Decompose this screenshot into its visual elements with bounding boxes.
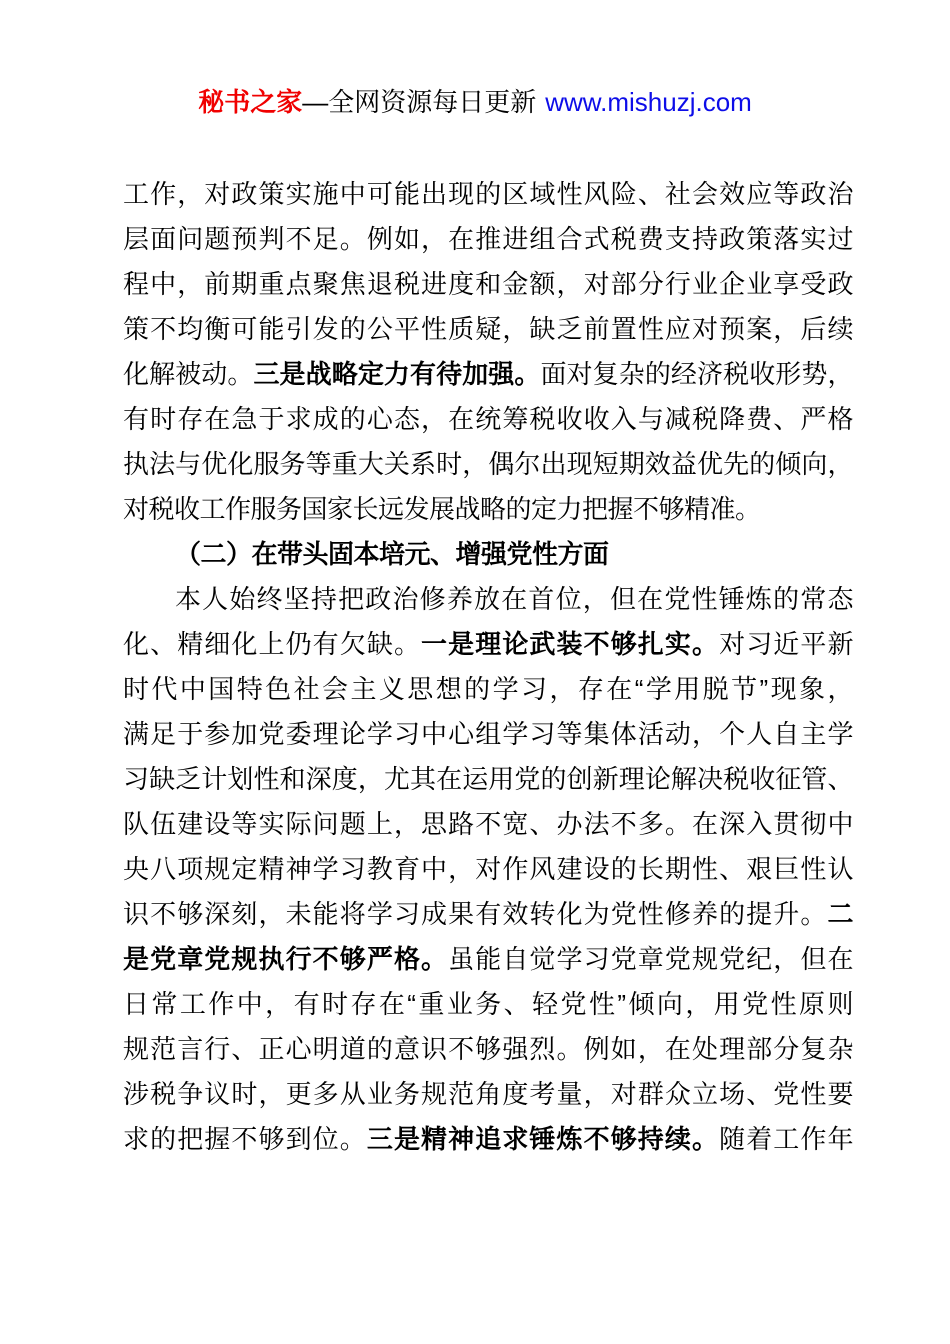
text-segment: 本人始终坚持把政治修养放在首位，但在党性锤炼的常态 (175, 584, 853, 614)
text-line: 央八项规定精神学习教育中，对作风建设的长期性、艰巨性认 (123, 847, 853, 892)
text-segment: 执法与优化服务等重大关系时，偶尔出现短期效益优先的倾向， (123, 449, 853, 479)
site-header: 秘书之家—全网资源每日更新www.mishuzj.com (0, 84, 950, 120)
text-segment: 对习近平新 (719, 629, 853, 659)
site-url-link[interactable]: www.mishuzj.com (545, 87, 752, 117)
text-line: 化、精细化上仍有欠缺。一是理论武装不够扎实。对习近平新 (123, 622, 853, 667)
section-heading: （二）在带头固本培元、增强党性方面 (123, 532, 853, 577)
text-segment: 涉税争议时，更多从业务规范角度考量，对群众立场、党性要 (123, 1079, 853, 1109)
text-segment: 化解被动。 (123, 359, 253, 389)
text-line: 满足于参加党委理论学习中心组学习等集体活动，个人自主学 (123, 712, 853, 757)
site-tagline: —全网资源每日更新 (302, 87, 536, 117)
text-line: 对税收工作服务国家长远发展战略的定力把握不够精准。 (123, 487, 853, 532)
text-segment: 求的把握不够到位。 (123, 1124, 367, 1154)
text-line: 执法与优化服务等重大关系时，偶尔出现短期效益优先的倾向， (123, 442, 853, 487)
text-line: 层面问题预判不足。例如，在推进组合式税费支持政策落实过 (123, 217, 853, 262)
bold-text-segment: 二 (827, 899, 853, 929)
text-segment: 时代中国特色社会主义思想的学习，存在“学用脱节”现象， (123, 674, 853, 704)
text-line: 有时存在急于求成的心态，在统筹税收收入与减税降费、严格 (123, 397, 853, 442)
text-line: 习缺乏计划性和深度，尤其在运用党的创新理论解决税收征管、 (123, 757, 853, 802)
text-segment: 规范言行、正心明道的意识不够强烈。例如，在处理部分复杂 (123, 1034, 853, 1064)
text-line: 工作，对政策实施中可能出现的区域性风险、社会效应等政治 (123, 172, 853, 217)
text-segment: 有时存在急于求成的心态，在统筹税收收入与减税降费、严格 (123, 404, 853, 434)
text-line: 识不够深刻，未能将学习成果有效转化为党性修养的提升。二 (123, 892, 853, 937)
text-segment: 化、精细化上仍有欠缺。 (123, 629, 421, 659)
text-segment: 对税收工作服务国家长远发展战略的定力把握不够精准。 (123, 494, 761, 524)
text-line: 规范言行、正心明道的意识不够强烈。例如，在处理部分复杂 (123, 1027, 853, 1072)
document-page: 秘书之家—全网资源每日更新www.mishuzj.com 工作，对政策实施中可能… (0, 0, 950, 1344)
text-segment: 队伍建设等实际问题上，思路不宽、办法不多。在深入贯彻中 (123, 809, 853, 839)
bold-text-segment: 三是战略定力有待加强。 (253, 359, 540, 389)
text-segment: 面对复杂的经济税收形势， (540, 359, 853, 389)
text-segment: 识不够深刻，未能将学习成果有效转化为党性修养的提升。 (123, 899, 827, 929)
text-segment: 日常工作中，有时存在“重业务、轻党性”倾向，用党性原则 (123, 989, 853, 1019)
text-line: 时代中国特色社会主义思想的学习，存在“学用脱节”现象， (123, 667, 853, 712)
text-line: 求的把握不够到位。三是精神追求锤炼不够持续。随着工作年 (123, 1117, 853, 1162)
text-segment: 习缺乏计划性和深度，尤其在运用党的创新理论解决税收征管、 (123, 764, 853, 794)
text-segment: 央八项规定精神学习教育中，对作风建设的长期性、艰巨性认 (123, 854, 853, 884)
text-line: 涉税争议时，更多从业务规范角度考量，对群众立场、党性要 (123, 1072, 853, 1117)
text-segment: 程中，前期重点聚焦退税进度和金额，对部分行业企业享受政 (123, 269, 853, 299)
text-line: 化解被动。三是战略定力有待加强。面对复杂的经济税收形势， (123, 352, 853, 397)
text-line: 本人始终坚持把政治修养放在首位，但在党性锤炼的常态 (123, 577, 853, 622)
text-line: 策不均衡可能引发的公平性质疑，缺乏前置性应对预案，后续 (123, 307, 853, 352)
text-segment: 随着工作年 (719, 1124, 853, 1154)
bold-text-segment: （二）在带头固本培元、增强党性方面 (175, 539, 609, 569)
site-name: 秘书之家 (198, 87, 302, 117)
text-line: 是党章党规执行不够严格。虽能自觉学习党章党规党纪，但在 (123, 937, 853, 982)
document-body: 工作，对政策实施中可能出现的区域性风险、社会效应等政治层面问题预判不足。例如，在… (123, 172, 853, 1162)
text-line: 队伍建设等实际问题上，思路不宽、办法不多。在深入贯彻中 (123, 802, 853, 847)
bold-text-segment: 三是精神追求锤炼不够持续。 (367, 1124, 719, 1154)
text-segment: 策不均衡可能引发的公平性质疑，缺乏前置性应对预案，后续 (123, 314, 853, 344)
bold-text-segment: 一是理论武装不够扎实。 (421, 629, 719, 659)
text-segment: 层面问题预判不足。例如，在推进组合式税费支持政策落实过 (123, 224, 853, 254)
text-line: 日常工作中，有时存在“重业务、轻党性”倾向，用党性原则 (123, 982, 853, 1027)
text-line: 程中，前期重点聚焦退税进度和金额，对部分行业企业享受政 (123, 262, 853, 307)
text-segment: 满足于参加党委理论学习中心组学习等集体活动，个人自主学 (123, 719, 853, 749)
bold-text-segment: 是党章党规执行不够严格。 (123, 944, 448, 974)
text-segment: 工作，对政策实施中可能出现的区域性风险、社会效应等政治 (123, 179, 853, 209)
text-segment: 虽能自觉学习党章党规党纪，但在 (448, 944, 853, 974)
